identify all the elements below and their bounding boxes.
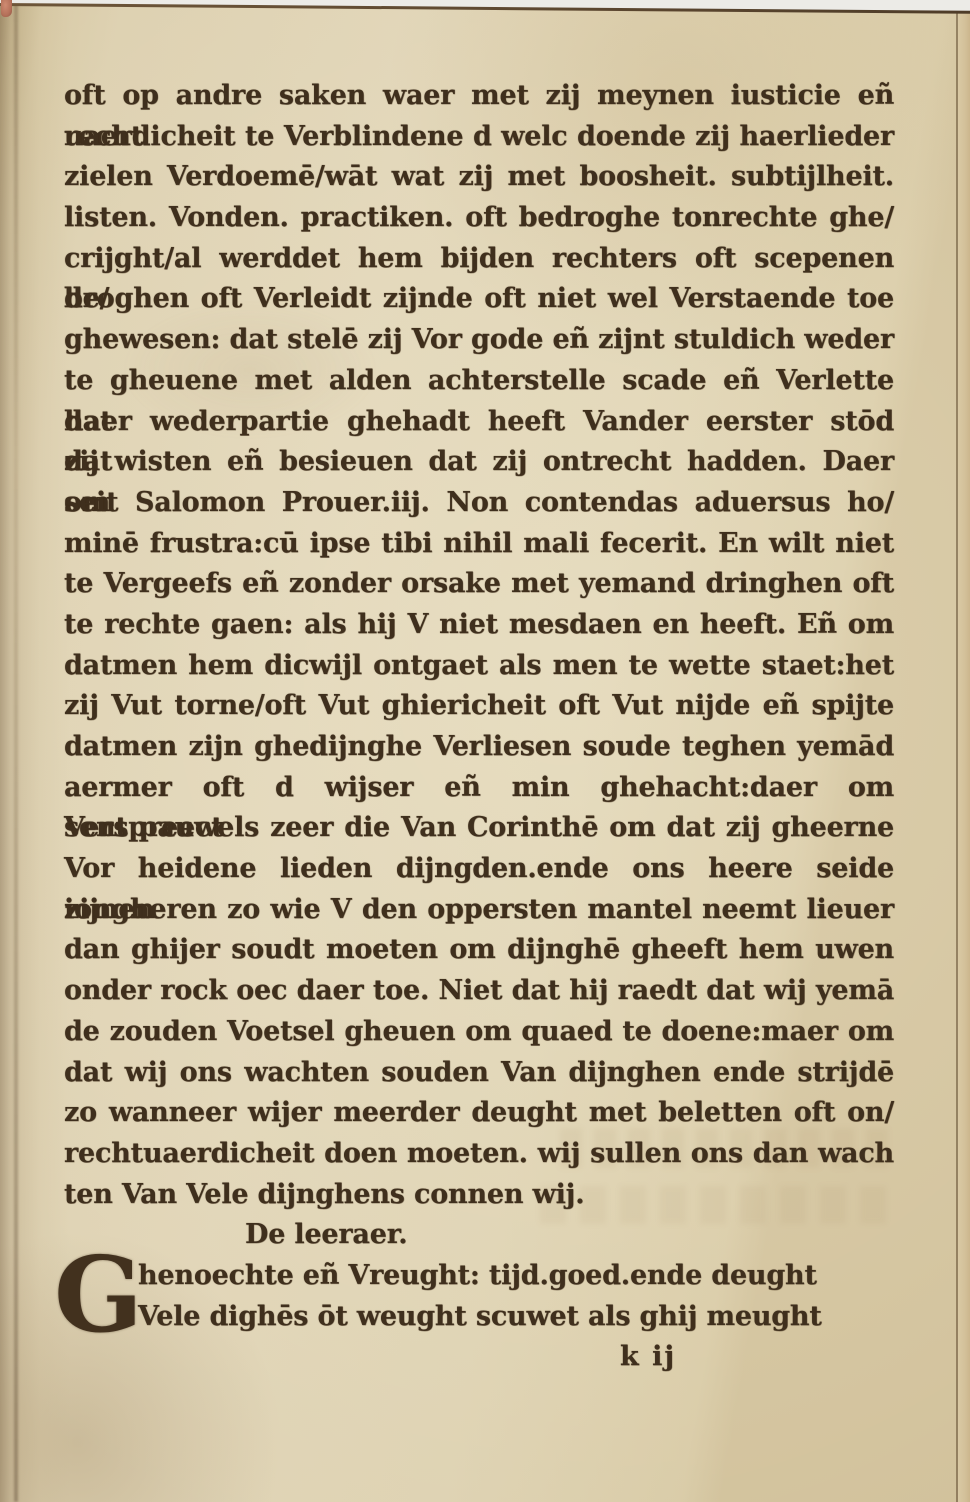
text-line: sent pauwels zeer die Van Corinthē om da… — [64, 808, 894, 849]
text-line: seit Salomon Prouer.iij. Non contendas a… — [64, 483, 894, 524]
text-line: te gheuene met alden achterstelle scade … — [64, 361, 894, 402]
page-right-edge-line — [956, 8, 958, 1502]
text-line: zielen Verdoemē/wāt wat zij met boosheit… — [64, 157, 894, 198]
text-line: oft op andre saken waer met zij meynen i… — [64, 76, 894, 117]
gutter-crease — [14, 0, 18, 1502]
signature-mark: k ij — [64, 1337, 894, 1378]
text-line: zo wanneer wijer meerder deught met bele… — [64, 1093, 894, 1134]
dropcap-paragraph: G henoechte eñ Vreught: tijd.goed.ende d… — [64, 1256, 894, 1337]
text-line: rechtuaerdicheit doen moeten. wij sullen… — [64, 1134, 894, 1175]
binding-edge — [1, 0, 12, 17]
text-line: datmen zijn ghedijnghe Verliesen soude t… — [64, 727, 894, 768]
section-heading: De leeraer. — [64, 1215, 894, 1256]
text-line: onder rock oec daer toe. Niet dat hij ra… — [64, 971, 894, 1012]
text-line: datmen hem dicwijl ontgaet als men te we… — [64, 646, 894, 687]
text-line: iongheren zo wie V den oppersten mantel … — [64, 890, 894, 931]
text-line: te rechte gaen: als hij V niet mesdaen e… — [64, 605, 894, 646]
text-line: listen. Vonden. practiken. oft bedroghe … — [64, 198, 894, 239]
text-line: ten Van Vele dijnghens connen wij. — [64, 1175, 894, 1216]
text-line: Vor heidene lieden dijngden.ende ons hee… — [64, 849, 894, 890]
text-line: zij wisten eñ besieuen dat zij ontrecht … — [64, 442, 894, 483]
text-line: ghewesen: dat stelē zij Vor gode eñ zijn… — [64, 320, 894, 361]
text-line: zij Vut torne/oft Vut ghiericheit oft Vu… — [64, 686, 894, 727]
dropcap-line: henoechte eñ Vreught: tijd.goed.ende deu… — [138, 1256, 894, 1297]
text-line: haer wederpartie ghehadt heeft Vander ee… — [64, 402, 894, 443]
text-block: oft op andre saken waer met zij meynen i… — [64, 76, 894, 1378]
drop-cap-initial: G — [54, 1250, 143, 1340]
page-right-edge — [958, 10, 970, 1502]
text-line: droghen oft Verleidt zijnde oft niet wel… — [64, 279, 894, 320]
book-page-scan: oft op andre saken waer met zij meynen i… — [0, 0, 970, 1502]
text-line: crijght/al werddet hem bijden rechters o… — [64, 239, 894, 280]
text-line: uaerdicheit te Verblindene d welc doende… — [64, 117, 894, 158]
text-line: dat wij ons wachten souden Van dijnghen … — [64, 1053, 894, 1094]
text-line: minē frustra:cū ipse tibi nihil mali fec… — [64, 524, 894, 565]
text-line: de zouden Voetsel gheuen om quaed te doe… — [64, 1012, 894, 1053]
text-line: dan ghijer soudt moeten om dijnghē gheef… — [64, 930, 894, 971]
dropcap-line: Vele dighēs ōt weught scuwet als ghij me… — [138, 1297, 894, 1338]
text-line: te Vergeefs eñ zonder orsake met yemand … — [64, 564, 894, 605]
text-line: aermer oft d wijser eñ min ghehacht:daer… — [64, 768, 894, 809]
